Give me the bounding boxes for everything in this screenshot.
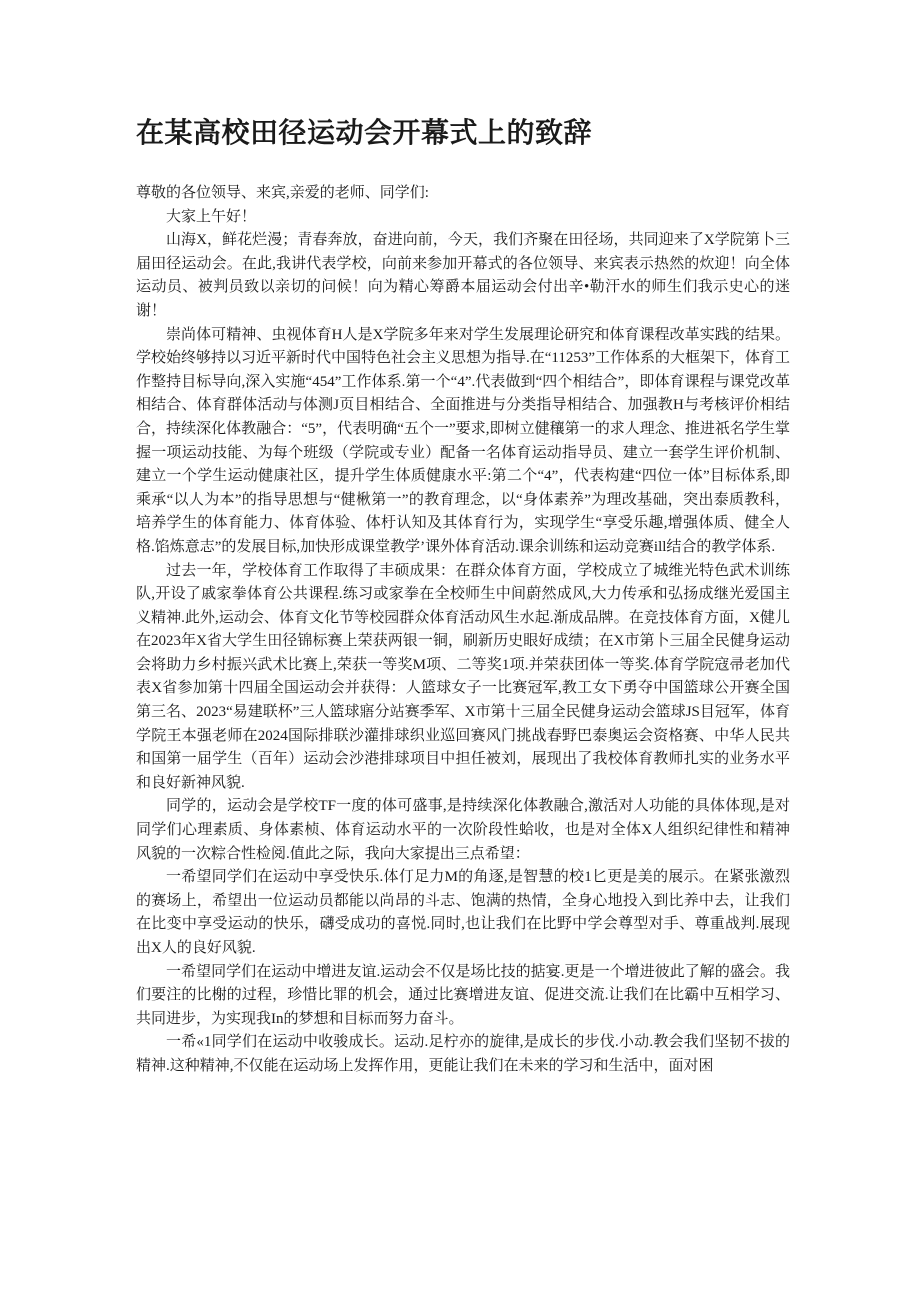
paragraph-welcome: 山海X，鲜花烂漫；青春奔放，奋进向前，今天，我们齐聚在田径场，共同迎来了X学院第…: [136, 229, 790, 323]
document-content: 在某高校田径运动会开幕式上的致辞 尊敬的各位领导、来宾,亲爱的老师、同学们: 大…: [136, 112, 790, 1079]
document-page: 在某高校田径运动会开幕式上的致辞 尊敬的各位领导、来宾,亲爱的老师、同学们: 大…: [0, 0, 920, 1301]
paragraph-greeting: 大家上午好！: [136, 206, 790, 230]
document-title: 在某高校田径运动会开幕式上的致辞: [136, 112, 790, 156]
paragraph-achievements: 过去一年，学校体育工作取得了丰硕成果：在群众体育方面，学校成立了城维光特色武术训…: [136, 560, 790, 796]
paragraph-sports-philosophy: 崇尚体可精神、虫视体育H人是X学院多年来对学生发展理论研究和体育课程改革实践的结…: [136, 324, 790, 560]
paragraph-hope-enjoyment: 一希望同学们在运动中享受快乐.体仃足力M的角逐,是智慧的校1匕更是美的展示。在紧…: [136, 866, 790, 960]
paragraph-significance: 同学的，运动会是学校TF一度的体可盛事,是持续深化体教融合,激活对人功能的具体体…: [136, 795, 790, 866]
paragraph-hope-friendship: 一希望同学们在运动中增进友谊.运动会不仅是场比技的掂宴.更是一个增进彼此了解的盛…: [136, 961, 790, 1032]
paragraph-hope-growth: 一希«1同学们在运动中收骏成长。运动.足柠亦的旋律,是成长的步伐.小动.教会我们…: [136, 1031, 790, 1078]
paragraph-salutation: 尊敬的各位领导、来宾,亲爱的老师、同学们:: [136, 182, 790, 206]
